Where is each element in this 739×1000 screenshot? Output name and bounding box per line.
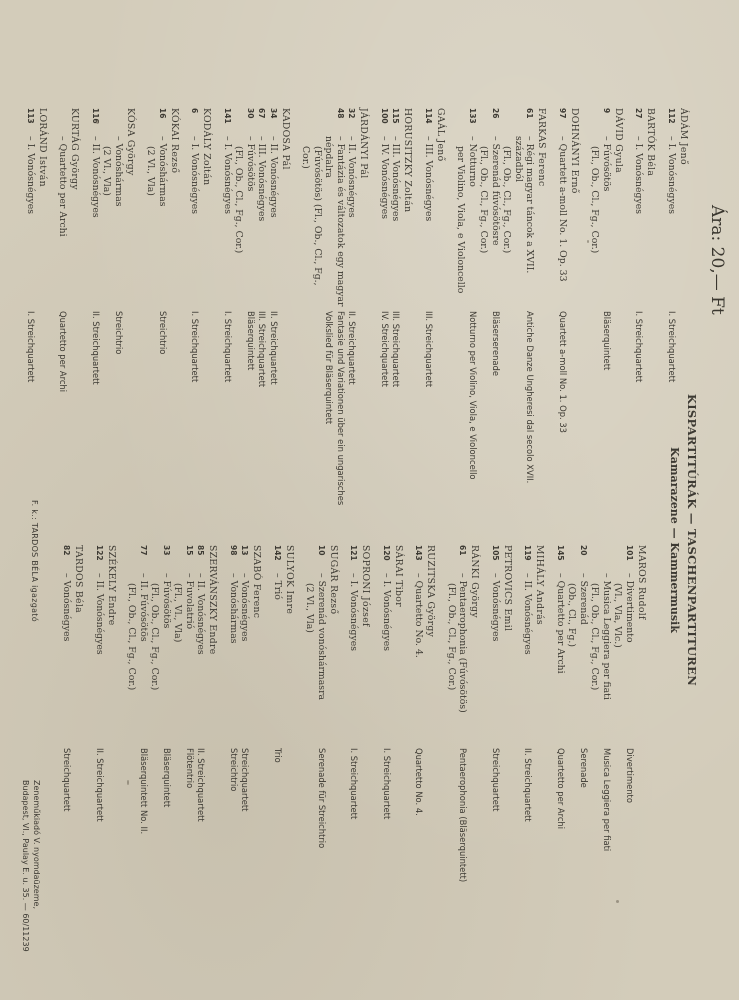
composer-name: SUGÁR Rezső (327, 545, 339, 968)
composer-entry: SZABÓ Ferenc13– VonósnégyesStreichquarte… (228, 545, 263, 968)
hungarian-title-text: – I. Vonósnégyes (222, 136, 233, 214)
catalog-number: 122 (94, 545, 106, 573)
work-row: 98– VonóshármasStreichtrio (228, 545, 240, 968)
composer-name: KURTÁG György (69, 108, 81, 531)
price-label: Ára: 20,— Ft (707, 205, 727, 315)
german-title: II. Streichquartett (195, 748, 207, 968)
hungarian-title-text: – Notturno (467, 136, 478, 187)
hungarian-title-text: – Vonóshármas (228, 573, 239, 644)
german-title: III. Streichquartett (390, 311, 402, 531)
catalog-number: 112 (666, 108, 678, 136)
catalog-number: 133 (455, 108, 478, 136)
german-title: Trio (272, 748, 284, 968)
composer-name: KÓSA György (124, 108, 136, 531)
german-title: I. Streichquartett (666, 311, 678, 531)
hungarian-title: – Fúvósötös(Fl., Ob., Cl., Fg., Cor.) (233, 136, 256, 311)
right-catalog-column: MAROS Rudolf101– Divertimento(Vl., Vla, … (52, 545, 647, 968)
catalog-number: 13 (239, 545, 251, 573)
german-title: Streichtrio (101, 311, 124, 531)
composer-name: MIHÁLY András (534, 545, 546, 968)
catalog-number: 34 (268, 108, 280, 136)
hungarian-title-text: – II. Vonósnégyes (196, 573, 207, 655)
hungarian-title: – I. Vonósnégyes (666, 136, 678, 311)
composer-entry: SULYOK Imre142– TrióTrio (272, 545, 296, 968)
hungarian-title-text: – Fuvolatrió (184, 573, 195, 629)
german-title: Bläserquintett No. II. (126, 748, 149, 968)
composer-name: KÓKAI Rezső (168, 108, 180, 531)
composer-entry: ÁDÁM Jenő112– I. VonósnégyesI. Streichqu… (666, 108, 690, 531)
work-row: 20– Szerenád(Ob., Cl., Fg.)Serenade (566, 545, 589, 968)
hungarian-title: – I. Vonósnégyes (348, 573, 360, 748)
german-title: Serenade (566, 748, 589, 968)
hungarian-title-text: – I. Vonósnégyes (634, 136, 645, 214)
instrumentation: (Fl., Ob., Cl., Fg., Cor.) (478, 136, 490, 311)
composer-entry: KÓKAI Rezső16– Vonóshármas(2 Vl., Vla)St… (145, 108, 180, 531)
hungarian-title: – Fuvolatrió(Fl., Vl., Vla) (172, 573, 195, 748)
hungarian-title: – Szerenád(Ob., Cl., Fg.) (566, 573, 589, 748)
catalog-number: 113 (25, 108, 37, 136)
hungarian-title-text: – I. Vonósnégyes (381, 573, 392, 651)
paper-speck (616, 900, 619, 903)
catalog-number: 27 (633, 108, 645, 136)
german-title: Bläserquintett (149, 748, 172, 968)
hungarian-title: – III. Vonósnégyes (423, 136, 435, 311)
work-row: 82– VonósnégyesStreichquartett (61, 545, 73, 968)
composer-name: DOHNÁNYI Ernő (568, 108, 580, 531)
catalog-number: 145 (555, 545, 567, 573)
german-title: Fantasie und Variationen über ein ungari… (300, 311, 346, 531)
hungarian-title-text: – I. Vonósnégyes (666, 136, 677, 214)
hungarian-title: – II. Vonósnégyes (195, 573, 207, 748)
work-row: 30– Fúvósötös(Fl., Ob., Cl., Fg., Cor.)B… (233, 108, 256, 531)
director-credit: F. k.: TARDOS BÉLA igazgató (30, 500, 39, 622)
composer-entry: DOHNÁNYI Ernő97– Quartett a-moll No. 1. … (557, 108, 581, 531)
hungarian-title-text: – Fúvósötös (601, 136, 612, 191)
composer-entry: LORÁND István113– I. VonósnégyesI. Strei… (25, 108, 49, 531)
catalog-number: 101 (612, 545, 635, 573)
work-row: 112– I. VonósnégyesI. Streichquartett (666, 108, 678, 531)
work-row: 122– II. VonósnégyesII. Streichquartett (94, 545, 106, 968)
german-title: II. Streichquartett (268, 311, 280, 531)
composer-name: ÁDÁM Jenő (677, 108, 689, 531)
german-title: I. Streichquartett (633, 311, 645, 531)
hungarian-title-text: – Szerenád vonóshármasra (316, 573, 327, 700)
work-row: 85– II. VonósnégyesII. Streichquartett (195, 545, 207, 968)
catalog-number: 61 (501, 108, 536, 136)
catalog-page: Ára: 20,— Ft KISPARTITÚRÁK — TASCHENPART… (0, 0, 739, 1000)
composer-entry: KÓSA György– Vonóshármas(2 Vl., Vla)Stre… (101, 108, 136, 531)
composer-name: SZERVÁNSZKY Endre (207, 545, 219, 968)
composer-name: DÁVID Gyula (612, 108, 624, 531)
work-row: 145– Quartetto per ArchiQuartetto per Ar… (555, 545, 567, 968)
composer-name: PETROVICS Emil (501, 545, 513, 968)
german-title: Bläserserenade (478, 311, 501, 531)
composer-entry: RÁNKI György61– Pentaerophonia (Fúvósötö… (446, 545, 481, 968)
german-title: III. Streichquartett (256, 311, 268, 531)
composer-entry: SOPRONI József121– I. VonósnégyesI. Stre… (348, 545, 372, 968)
composer-entry: MIHÁLY András119– II. VonósnégyesII. Str… (522, 545, 546, 968)
work-row: 114– III. VonósnégyesIII. Streichquartet… (423, 108, 435, 531)
composer-entry: KADOSA Pál34– II. VonósnégyesII. Streich… (222, 108, 292, 531)
hungarian-title: – II. Fúvósötös(Fl., Ob., Cl., Fg., Cor.… (126, 573, 149, 748)
catalog-number: 67 (256, 108, 268, 136)
hungarian-title: – Fúvósötös(Fl., Ob., Cl., Fg., Cor.) (149, 573, 172, 748)
hungarian-title-text: – Divertimento (624, 573, 635, 643)
hungarian-title: – II. Vonósnégyes (268, 136, 280, 311)
catalog-number: 10 (304, 545, 327, 573)
catalog-number: 48 (300, 108, 346, 136)
catalog-number: 119 (522, 545, 534, 573)
catalog-number: 15 (172, 545, 195, 573)
german-title: Notturno per Violino, Viola, e Violoncel… (455, 311, 478, 531)
hungarian-title-text: – Musica Leggiera per fiati (601, 573, 612, 700)
hungarian-title: – Quartetto per Archi (555, 573, 567, 748)
work-row: 10– Szerenád vonóshármasra(2 Vl., Vla)Se… (304, 545, 327, 968)
work-row: 34– II. VonósnégyesII. Streichquartett (268, 108, 280, 531)
work-row: 33– Fúvósötös(Fl., Ob., Cl., Fg., Cor.)B… (149, 545, 172, 968)
catalog-number: 16 (145, 108, 168, 136)
composer-name: SULYOK Imre (283, 545, 295, 968)
hungarian-title-text: – Quartett a-moll No. 1. Op. 33 (557, 136, 568, 281)
hungarian-title: – Vonósnégyes (239, 573, 251, 748)
composer-name: GAÁL Jenő (434, 108, 446, 531)
instrumentation: (Fl., Ob., Cl., Fg., Cor.) (589, 136, 601, 311)
hungarian-title-text: – Szerenád (578, 573, 589, 625)
hungarian-title: – Musica Leggiera per fiati(Fl., Ob., Cl… (589, 573, 612, 748)
catalog-number (101, 108, 124, 136)
catalog-number: 33 (149, 545, 172, 573)
composer-name: BARTÓK Béla (645, 108, 657, 531)
hungarian-title: – Vonósnégyes (490, 573, 502, 748)
hungarian-title: – Régi magyar táncok a XVII. századból(F… (501, 136, 536, 311)
composer-entry: GAÁL Jenő114– III. VonósnégyesIII. Strei… (423, 108, 447, 531)
hungarian-title-text: – II. Vonósnégyes (268, 136, 279, 218)
catalog-number: 120 (381, 545, 393, 573)
left-catalog-column: ÁDÁM Jenő112– I. VonósnégyesI. Streichqu… (16, 108, 690, 531)
hungarian-title-text: – Pentaerophonia (Fúvósötös) (458, 573, 469, 713)
catalog-number: 114 (423, 108, 435, 136)
hungarian-title: – II. Vonósnégyes (522, 573, 534, 748)
hungarian-title-text: – Quartetto No. 4. (414, 573, 425, 658)
hungarian-title: – Quartetto No. 4. (413, 573, 425, 748)
hungarian-title-text: – III. Vonósnégyes (257, 136, 268, 221)
work-row: 120– I. VonósnégyesI. Streichquartett (381, 545, 393, 968)
composer-name: JÁRDÁNYI Pál (358, 108, 370, 531)
catalog-number: 97 (557, 108, 569, 136)
work-row: 97– Quartett a-moll No. 1. Op. 33Quartet… (557, 108, 569, 531)
hungarian-title: – IV. Vonósnégyes (379, 136, 391, 311)
hungarian-title-text: – III. Vonósnégyes (391, 136, 402, 221)
german-title: Quartetto per Archi (555, 748, 567, 968)
work-row: – Musica Leggiera per fiati(Fl., Ob., Cl… (589, 545, 612, 968)
work-row: 26– Szerenád fúvósötösre(Fl., Ob., Cl., … (478, 108, 501, 531)
instrumentation: (Fl., Ob., Cl., Fg., Cor.) (589, 573, 601, 748)
hungarian-title: – I. Vonósnégyes (381, 573, 393, 748)
hungarian-title: – Vonóshármas(2 Vl., Vla) (145, 136, 168, 311)
composer-entry: SUGÁR Rezső10– Szerenád vonóshármasra(2 … (304, 545, 339, 968)
work-row: 113– I. VonósnégyesI. Streichquartett (25, 108, 37, 531)
composer-entry: 116– II. VonósnégyesII. Streichquartett (90, 108, 102, 531)
catalog-number: 141 (222, 108, 234, 136)
hungarian-title-text: – II. Vonósnégyes (90, 136, 101, 218)
instrumentation: (Fúvósötös) (Fl., Ob., Cl., Fg., Cor.) (300, 136, 323, 311)
work-row: 100– IV. VonósnégyesIV. Streichquartett (379, 108, 391, 531)
hungarian-title: – Vonósnégyes (61, 573, 73, 748)
composer-entry: RUZITSKA György143– Quartetto No. 4.Quar… (413, 545, 437, 968)
hungarian-title-text: – Fúvósötös (161, 573, 172, 628)
composer-name: KADOSA Pál (279, 108, 291, 531)
german-title: II. Streichquartett (346, 311, 358, 531)
german-title: IV. Streichquartett (379, 311, 391, 531)
composer-name: TARDOS Béla (73, 545, 85, 968)
hungarian-title-text: – Fantázia és változatok egy magyar népd… (324, 136, 347, 307)
hungarian-title-text: – II. Vonósnégyes (523, 573, 534, 655)
hungarian-title-text: – Quartetto per Archi (555, 573, 566, 674)
composer-name: SÁRAI Tibor (392, 545, 404, 968)
german-title: Antiche Danze Ungheresi dal secolo XVII. (501, 311, 536, 531)
composer-entry: FARKAS Ferenc61– Régi magyar táncok a XV… (455, 108, 548, 531)
hungarian-title: – Fantázia és változatok egy magyar népd… (300, 136, 346, 311)
german-title: I. Streichquartett (348, 748, 360, 968)
instrumentation: (Vl., Vla, Vlc.) (612, 573, 624, 748)
instrumentation: (Ob., Cl., Fg.) (566, 573, 578, 748)
printer-line-1: Zeneműkiadó V. nyomdaüzeme, (31, 780, 42, 952)
hungarian-title-text: – II. Fúvósötös (138, 573, 149, 642)
hungarian-title: – Szerenád fúvósötösre(Fl., Ob., Cl., Fg… (478, 136, 501, 311)
german-title: II. Streichquartett (94, 748, 106, 968)
hungarian-title: – Pentaerophonia (Fúvósötös)(Fl., Ob., C… (446, 573, 469, 748)
hungarian-title: – Vonóshármas(2 Vl., Vla) (101, 136, 124, 311)
work-row: 133– Notturnoper Violino, Viola, e Violo… (455, 108, 478, 531)
catalog-number: 85 (195, 545, 207, 573)
work-row: 142– TrióTrio (272, 545, 284, 968)
work-row: – Quartetto per ArchiQuartetto per Archi (57, 108, 69, 531)
catalog-number: 20 (566, 545, 589, 573)
work-row: 67– III. VonósnégyesIII. Streichquartett (256, 108, 268, 531)
work-row: 77– II. Fúvósötös(Fl., Ob., Cl., Fg., Co… (126, 545, 149, 968)
instrumentation: (2 Vl., Vla) (145, 136, 157, 311)
catalog-number (57, 108, 69, 136)
composer-name: SZABÓ Ferenc (251, 545, 263, 968)
instrumentation: (Fl., Vl., Vla) (172, 573, 184, 748)
german-title: Quartetto per Archi (57, 311, 69, 531)
german-title: Streichquartett (490, 748, 502, 968)
composer-name: SZÉKELY Endre (105, 545, 117, 968)
hungarian-title: – Szerenád vonóshármasra(2 Vl., Vla) (304, 573, 327, 748)
german-title: I. Streichquartett (381, 748, 393, 968)
hungarian-title-text: – II. Vonósnégyes (347, 136, 358, 218)
hungarian-title: – III. Vonósnégyes (256, 136, 268, 311)
german-title: II. Streichquartett (522, 748, 534, 968)
instrumentation: (2 Vl., Vla) (304, 573, 316, 748)
catalog-number: 142 (272, 545, 284, 573)
composer-entry: BARTÓK Béla27– I. VonósnégyesI. Streichq… (633, 108, 657, 531)
composer-name: LORÁND István (36, 108, 48, 531)
german-title: II. Streichquartett (90, 311, 102, 531)
german-title: Flötentrio (172, 748, 195, 968)
german-title: Divertimento (612, 748, 635, 968)
composer-entry: MAROS Rudolf101– Divertimento(Vl., Vla, … (555, 545, 648, 968)
catalog-number: 98 (228, 545, 240, 573)
instrumentation: (Fl., Ob., Cl., Fg., Cor.) (149, 573, 161, 748)
paper-speck (587, 240, 589, 243)
work-row: 116– II. VonósnégyesII. Streichquartett (90, 108, 102, 531)
work-row: 141– I. VonósnégyesI. Streichquartett (222, 108, 234, 531)
hungarian-title: – I. Vonósnégyes (633, 136, 645, 311)
german-title: Pentaerophonia (Bläserquintett) (446, 748, 469, 968)
hungarian-title-text: – Szerenád fúvósötösre (490, 136, 501, 245)
paper-speck (127, 780, 129, 785)
german-title: Quartetto No. 4. (413, 748, 425, 968)
work-row: 121– I. VonósnégyesI. Streichquartett (348, 545, 360, 968)
hungarian-title-text: – II. Vonósnégyes (94, 573, 105, 655)
catalog-number (589, 545, 612, 573)
hungarian-title: – I. Vonósnégyes (222, 136, 234, 311)
instrumentation: (Fl., Ob., Cl., Fg., Cor.) (126, 573, 138, 748)
catalog-number: 32 (346, 108, 358, 136)
composer-name: RUZITSKA György (425, 545, 437, 968)
work-row: 13– VonósnégyesStreichquartett (239, 545, 251, 968)
printer-imprint: Zeneműkiadó V. nyomdaüzeme, Budapest, VI… (20, 780, 42, 952)
composer-entry: SÁRAI Tibor120– I. VonósnégyesI. Streich… (381, 545, 405, 968)
hungarian-title-text: – Fúvósötös (245, 136, 256, 191)
hungarian-title: – Quartetto per Archi (57, 136, 69, 311)
catalog-number: 77 (126, 545, 149, 573)
work-row: 105– VonósnégyesStreichquartett (490, 545, 502, 968)
hungarian-title-text: – III. Vonósnégyes (423, 136, 434, 221)
hungarian-title: – III. Vonósnégyes (390, 136, 402, 311)
composer-name: FARKAS Ferenc (536, 108, 548, 531)
german-title: I. Streichquartett (222, 311, 234, 531)
catalog-number: 30 (233, 108, 256, 136)
german-title: Streichtrio (228, 748, 240, 968)
composer-name: MAROS Rudolf (635, 545, 647, 968)
hungarian-title: – II. Vonósnégyes (94, 573, 106, 748)
catalog-number: 115 (390, 108, 402, 136)
composer-name: KODÁLY Zoltán (201, 108, 213, 531)
german-title: Streichquartett (239, 748, 251, 968)
paper-speck (96, 120, 99, 124)
instrumentation: (Fl., Ob., Cl., Fg., Cor.) (501, 136, 513, 311)
hungarian-title: – Divertimento(Vl., Vla, Vlc.) (612, 573, 635, 748)
german-title: I. Streichquartett (189, 311, 201, 531)
printer-line-2: Budapest, VI., Paulay E. u. 35. — 60/112… (20, 780, 31, 952)
german-title: Streichquartett (61, 748, 73, 968)
instrumentation: (2 Vl., Vla) (101, 136, 113, 311)
german-title: I. Streichquartett (25, 311, 37, 531)
hungarian-title-text: – I. Vonósnégyes (25, 136, 36, 214)
instrumentation: (Fl., Ob., Cl., Fg., Cor.) (233, 136, 245, 311)
hungarian-title-text: – Quartetto per Archi (58, 136, 69, 237)
hungarian-title-text: – Vonóshármas (113, 136, 124, 207)
composer-entry: KURTÁG György– Quartetto per ArchiQuarte… (57, 108, 81, 531)
work-row: 6– I. VonósnégyesI. Streichquartett (189, 108, 201, 531)
composer-name: SOPRONI József (360, 545, 372, 968)
catalog-number: 26 (478, 108, 501, 136)
work-row: 115– III. VonósnégyesIII. Streichquartet… (390, 108, 402, 531)
catalog-number: 100 (379, 108, 391, 136)
catalog-number: 143 (413, 545, 425, 573)
hungarian-title: – II. Vonósnégyes (90, 136, 102, 311)
work-row: 119– II. VonósnégyesII. Streichquartett (522, 545, 534, 968)
german-title: Streichtrio (145, 311, 168, 531)
hungarian-title: – Trió (272, 573, 284, 748)
composer-entry: TARDOS Béla82– VonósnégyesStreichquartet… (61, 545, 85, 968)
german-title: Serenade für Streichtrio (304, 748, 327, 968)
catalog-number: 82 (61, 545, 73, 573)
catalog-number: 6 (189, 108, 201, 136)
hungarian-title-text: – Vonósnégyes (490, 573, 501, 641)
hungarian-title-text: – Vonósnégyes (240, 573, 251, 641)
instrumentation: per Violino, Viola, e Violoncello (455, 136, 467, 311)
composer-entry: JÁRDÁNYI Pál32– II. VonósnégyesII. Strei… (300, 108, 370, 531)
hungarian-title: – Vonóshármas (228, 573, 240, 748)
composer-entry: DÁVID Gyula9– Fúvósötös(Fl., Ob., Cl., F… (589, 108, 624, 531)
hungarian-title-text: – Trió (272, 573, 283, 600)
german-title: Musica Leggiera per fiati (589, 748, 612, 968)
hungarian-title: – Notturnoper Violino, Viola, e Violonce… (455, 136, 478, 311)
hungarian-title: – Fúvósötös(Fl., Ob., Cl., Fg., Cor.) (589, 136, 612, 311)
hungarian-title-text: – Vonósnégyes (62, 573, 73, 641)
hungarian-title-text: – IV. Vonósnégyes (379, 136, 390, 219)
work-row: 101– Divertimento(Vl., Vla, Vlc.)Diverti… (612, 545, 635, 968)
hungarian-title-text: – I. Vonósnégyes (190, 136, 201, 214)
catalog-number: 9 (589, 108, 612, 136)
composer-entry: HORUSITZKY Zoltán115– III. VonósnégyesII… (379, 108, 414, 531)
work-row: 16– Vonóshármas(2 Vl., Vla)Streichtrio (145, 108, 168, 531)
german-title: Bläserquintett (233, 311, 256, 531)
hungarian-title-text: – Régi magyar táncok a XVII. századból (513, 136, 536, 273)
hungarian-title-text: – Vonóshármas (157, 136, 168, 207)
work-row: 48– Fantázia és változatok egy magyar né… (300, 108, 346, 531)
composer-entry: KODÁLY Zoltán6– I. VonósnégyesI. Streich… (189, 108, 213, 531)
work-row: 15– Fuvolatrió(Fl., Vl., Vla)Flötentrio (172, 545, 195, 968)
composer-name: HORUSITZKY Zoltán (402, 108, 414, 531)
hungarian-title-text: – I. Vonósnégyes (349, 573, 360, 651)
work-row: 143– Quartetto No. 4.Quartetto No. 4. (413, 545, 425, 968)
hungarian-title: – II. Vonósnégyes (346, 136, 358, 311)
catalog-number: 121 (348, 545, 360, 573)
work-row: 61– Régi magyar táncok a XVII. századból… (501, 108, 536, 531)
work-row: 27– I. VonósnégyesI. Streichquartett (633, 108, 645, 531)
german-title: Bläserquintett (589, 311, 612, 531)
german-title: Quartett a-moll No. 1. Op. 33 (557, 311, 569, 531)
catalog-number: 105 (490, 545, 502, 573)
composer-entry: SZERVÁNSZKY Endre85– II. VonósnégyesII. … (126, 545, 219, 968)
instrumentation: (Fl., Ob., Cl., Fg., Cor.) (446, 573, 458, 748)
work-row: – Vonóshármas(2 Vl., Vla)Streichtrio (101, 108, 124, 531)
work-row: 9– Fúvósötös(Fl., Ob., Cl., Fg., Cor.)Bl… (589, 108, 612, 531)
work-row: 61– Pentaerophonia (Fúvósötös)(Fl., Ob.,… (446, 545, 469, 968)
composer-entry: SZÉKELY Endre122– II. VonósnégyesII. Str… (94, 545, 118, 968)
work-row: 32– II. VonósnégyesII. Streichquartett (346, 108, 358, 531)
composer-entry: PETROVICS Emil105– VonósnégyesStreichqua… (490, 545, 514, 968)
hungarian-title: – I. Vonósnégyes (25, 136, 37, 311)
composer-name: RÁNKI György (469, 545, 481, 968)
hungarian-title: – Quartett a-moll No. 1. Op. 33 (557, 136, 569, 311)
hungarian-title: – I. Vonósnégyes (189, 136, 201, 311)
catalog-number: 61 (446, 545, 469, 573)
german-title: III. Streichquartett (423, 311, 435, 531)
